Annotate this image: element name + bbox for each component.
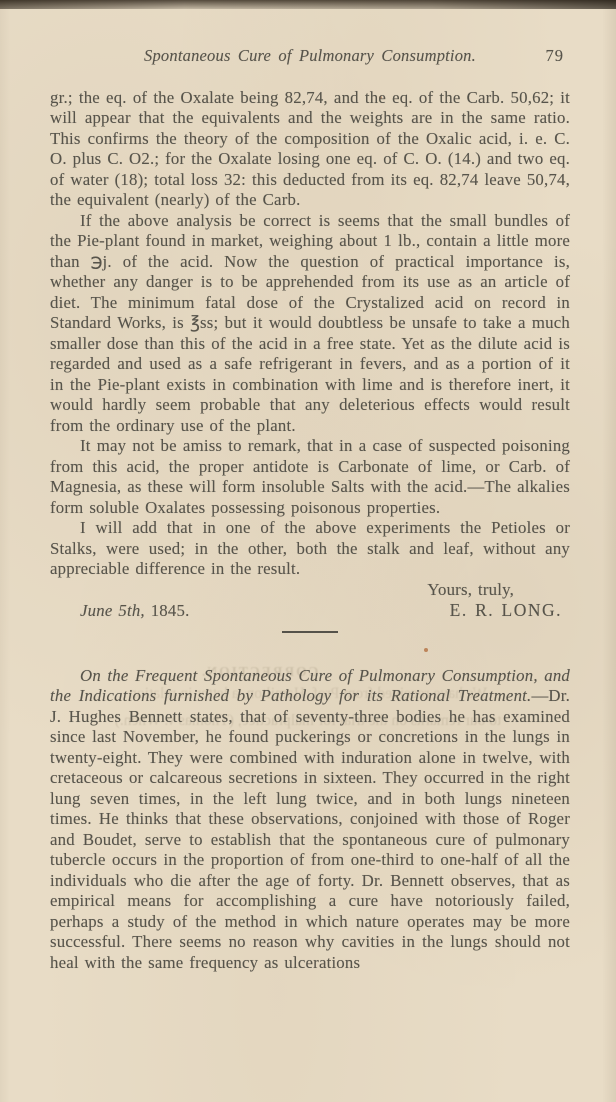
article-body: —Dr. J. Hughes Bennett states, that of s… — [50, 686, 570, 972]
letter-date-year: 1845. — [145, 601, 190, 620]
letter-valediction: Yours, truly, — [50, 580, 570, 601]
letter-signature: E. R. LONG. — [450, 600, 562, 621]
letter-signature-row: June 5th, 1845. E. R. LONG. — [50, 600, 570, 622]
page-content: Spontaneous Cure of Pulmonary Consumptio… — [50, 46, 570, 973]
running-head: Spontaneous Cure of Pulmonary Consumptio… — [50, 46, 570, 67]
article-title: On the Frequent Spontaneous Cure of Pulm… — [50, 666, 570, 706]
paragraph-antidote: It may not be amiss to remark, that in a… — [50, 436, 570, 518]
scanned-journal-page: { "header": { "title": "Spontaneous Cure… — [0, 0, 616, 1102]
scan-top-edge — [0, 0, 616, 9]
paragraph-petioles: I will add that in one of the above expe… — [50, 518, 570, 580]
paragraph-pie-plant-dose: If the above analysis be correct is seem… — [50, 211, 570, 437]
paragraph-oxalate-analysis: gr.; the eq. of the Oxalate being 82,74,… — [50, 88, 570, 211]
page-number: 79 — [546, 46, 565, 67]
letter-date: June 5th, 1845. — [80, 601, 189, 622]
section-divider-rule — [282, 631, 338, 633]
running-head-title: Spontaneous Cure of Pulmonary Consumptio… — [144, 46, 476, 65]
letter-date-italic: June 5th, — [80, 601, 145, 620]
paragraph-new-article: On the Frequent Spontaneous Cure of Pulm… — [50, 666, 570, 974]
